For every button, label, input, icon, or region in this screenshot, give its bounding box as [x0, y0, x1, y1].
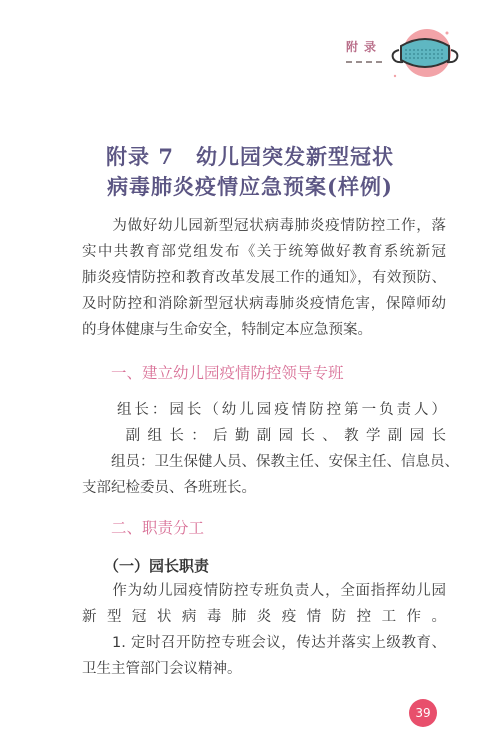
face-mask-icon [385, 28, 465, 80]
text-line: 组员：卫生保健人员、保教主任、安保主任、信息员、 [82, 449, 446, 475]
section1-body: 组长：园长（幼儿园疫情防控第一负责人） 副组长：后勤副园长、教学副园长 组员：卫… [82, 397, 446, 501]
section2-body: 作为幼儿园疫情防控专班负责人，全面指挥幼儿园 新型冠状病毒肺炎疫情防控工作。 1… [82, 578, 446, 682]
text-line: 的身体健康与生命安全，特制定本应急预案。 [82, 317, 446, 343]
text-line: 副组长：后勤副园长、教学副园长 [82, 423, 446, 449]
text-line: 支部纪检委员、各班班长。 [82, 475, 446, 501]
text-line: 卫生主管部门会议精神。 [82, 656, 446, 682]
page-title-line-1: 附录 7 幼儿园突发新型冠状 [0, 141, 500, 171]
section-heading-1: 一、建立幼儿园疫情防控领导专班 [111, 361, 344, 383]
intro-paragraph: 为做好幼儿园新型冠状病毒肺炎疫情防控工作，落 实中共教育部党组发布《关于统筹做好… [82, 213, 446, 343]
page-title-line-2: 病毒肺炎疫情应急预案(样例) [0, 171, 500, 201]
section-heading-2: 二、职责分工 [111, 516, 204, 538]
text-line: 及时防控和消除新型冠状病毒肺炎疫情危害，保障师幼 [82, 291, 446, 317]
text-line: 作为幼儿园疫情防控专班负责人，全面指挥幼儿园 [82, 578, 446, 604]
text-line: 为做好幼儿园新型冠状病毒肺炎疫情防控工作，落 [82, 213, 446, 239]
text-line: 肺炎疫情防控和教育改革发展工作的通知》，有效预防、 [82, 265, 446, 291]
text-line: 新型冠状病毒肺炎疫情防控工作。 [82, 604, 446, 630]
subsection-heading: （一）园长职责 [104, 555, 209, 576]
dashed-divider [346, 61, 382, 63]
text-line: 实中共教育部党组发布《关于统筹做好教育系统新冠 [82, 239, 446, 265]
text-line: 1. 定时召开防控专班会议，传达并落实上级教育、 [82, 630, 446, 656]
page-number-badge: 39 [409, 699, 437, 727]
text-line: 组长：园长（幼儿园疫情防控第一负责人） [82, 397, 446, 423]
